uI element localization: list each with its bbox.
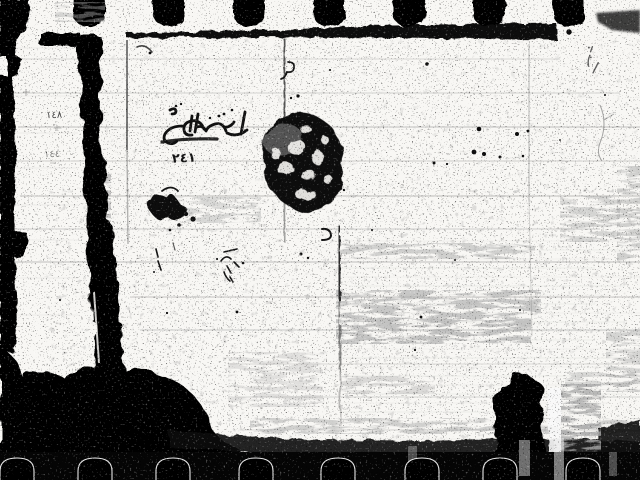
microfilm-frame: ٢٤١ ١٤٨ ١٤٤: [0, 0, 640, 480]
film-grain-light: [0, 0, 640, 480]
